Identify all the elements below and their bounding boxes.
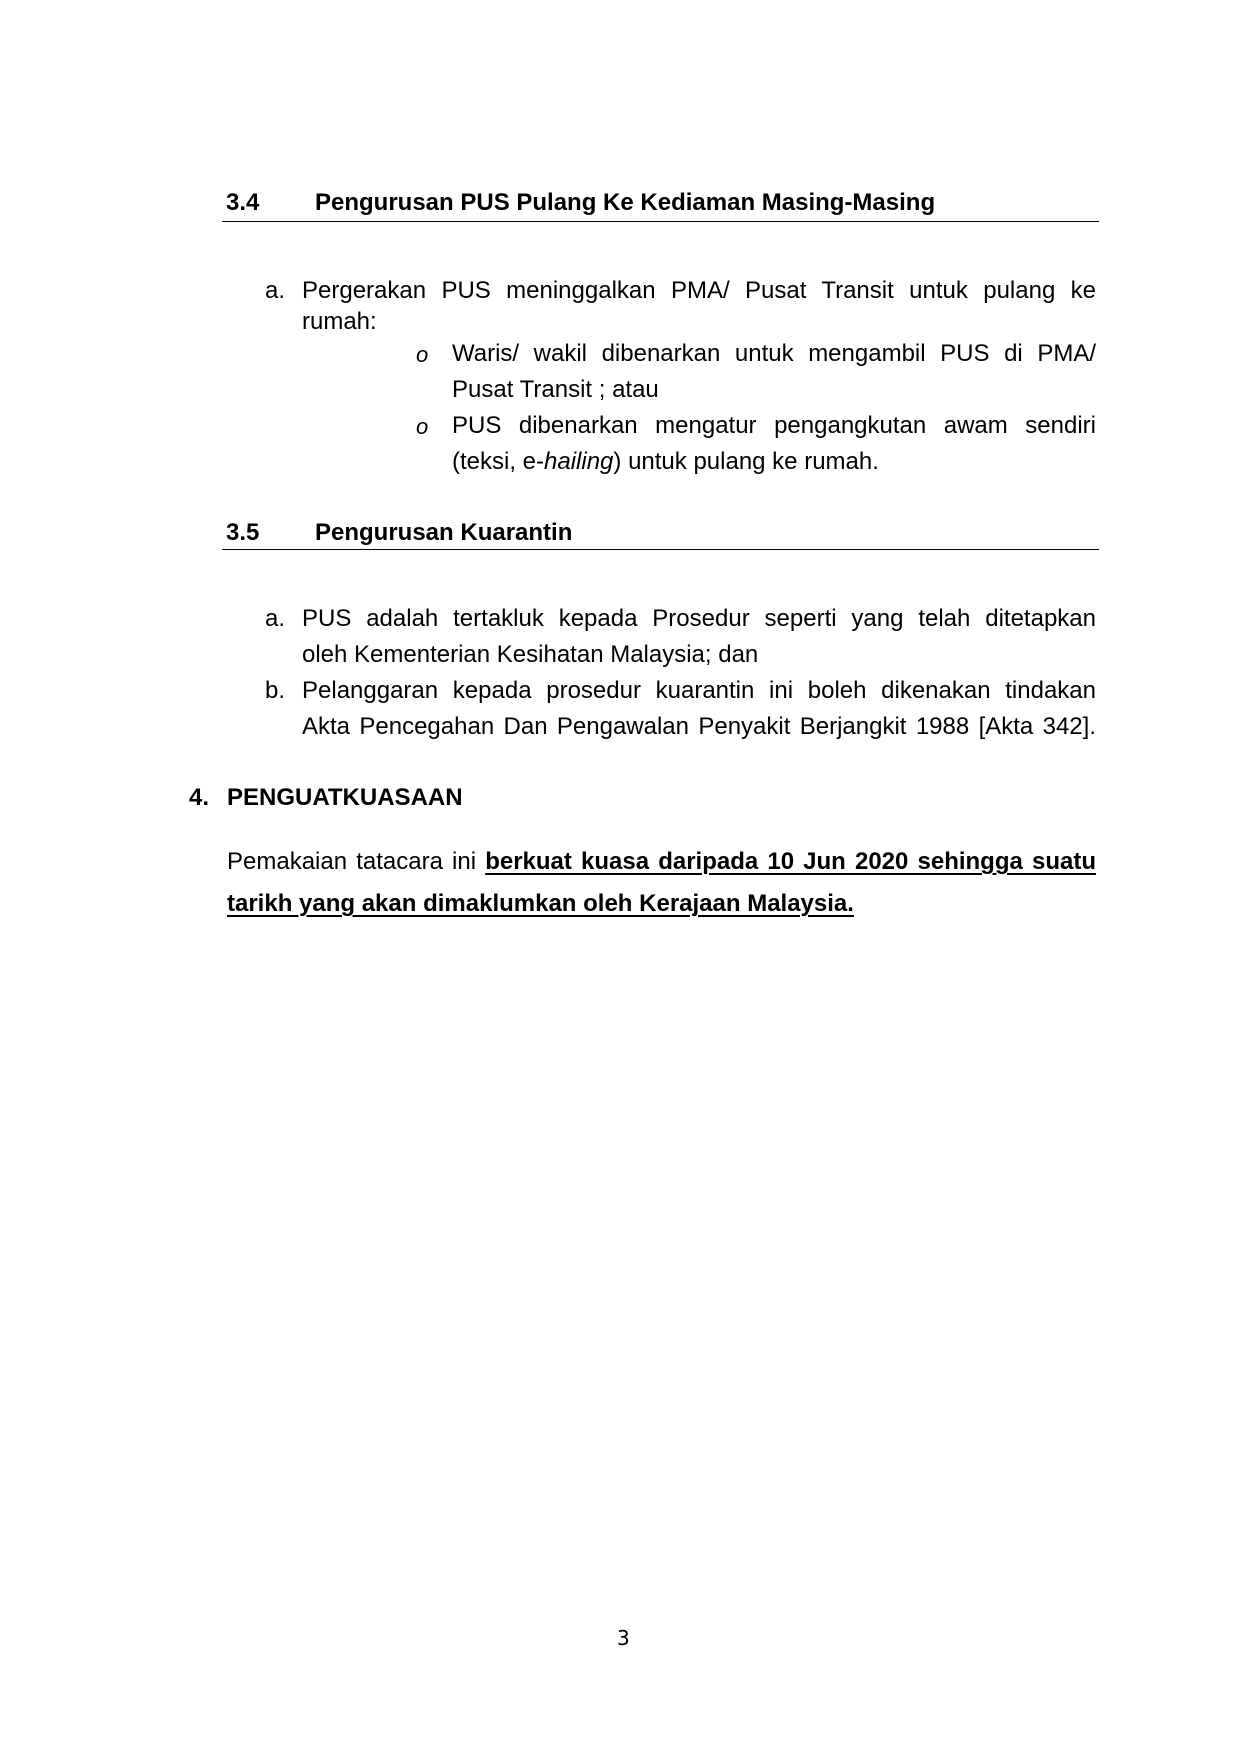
list-item-3-5-b-line1: Pelanggaran kepada prosedur kuarantin in… — [302, 679, 1096, 703]
section-3-5-number: 3.5 — [226, 521, 259, 545]
list-item-3-4-a-line2: rumah: — [302, 310, 377, 334]
section-3-5-rule — [222, 549, 1099, 550]
section-4-paragraph-line1: Pemakaian tatacara ini berkuat kuasa dar… — [227, 850, 1096, 874]
section-3-4-number: 3.4 — [226, 191, 259, 215]
list-marker-3-5-b: b. — [265, 679, 285, 703]
sub-item-2-line2-italic: hailing — [544, 448, 613, 475]
page-number: 3 — [617, 1628, 630, 1648]
list-item-3-5-a-line2: oleh Kementerian Kesihatan Malaysia; dan — [302, 643, 758, 667]
list-marker-3-4-a: a. — [265, 279, 285, 303]
list-item-3-5-b-line2: Akta Pencegahan Dan Pengawalan Penyakit … — [302, 715, 1096, 739]
sub-item-1-line2: Pusat Transit ; atau — [452, 378, 659, 402]
list-marker-3-5-a: a. — [265, 607, 285, 631]
sub-item-2-line1: PUS dibenarkan mengatur pengangkutan awa… — [452, 414, 1096, 438]
list-item-3-5-a-line1: PUS adalah tertakluk kepada Prosedur sep… — [302, 607, 1096, 631]
list-item-3-4-a-line1: Pergerakan PUS meninggalkan PMA/ Pusat T… — [302, 279, 1096, 303]
section-3-4-rule — [222, 221, 1099, 222]
bullet-icon: o — [416, 343, 428, 367]
paragraph-plain-text: Pemakaian tatacara ini — [227, 848, 485, 875]
section-4-number: 4. — [189, 786, 209, 810]
sub-item-2-line2-post: ) untuk pulang ke rumah. — [613, 448, 879, 475]
sub-item-1-line1: Waris/ wakil dibenarkan untuk mengambil … — [452, 342, 1096, 366]
section-4-title: PENGUATKUASAAN — [227, 786, 463, 810]
paragraph-emphasis-line2: tarikh yang akan dimaklumkan oleh Keraja… — [227, 892, 854, 916]
section-3-4-title: Pengurusan PUS Pulang Ke Kediaman Masing… — [315, 191, 935, 215]
paragraph-emphasis-line1: berkuat kuasa daripada 10 Jun 2020 sehin… — [485, 848, 1096, 875]
sub-item-2-line2: (teksi, e-hailing) untuk pulang ke rumah… — [452, 450, 879, 474]
section-3-5-title: Pengurusan Kuarantin — [315, 521, 572, 545]
bullet-icon: o — [416, 415, 428, 439]
sub-item-2-line2-pre: (teksi, e- — [452, 448, 544, 475]
